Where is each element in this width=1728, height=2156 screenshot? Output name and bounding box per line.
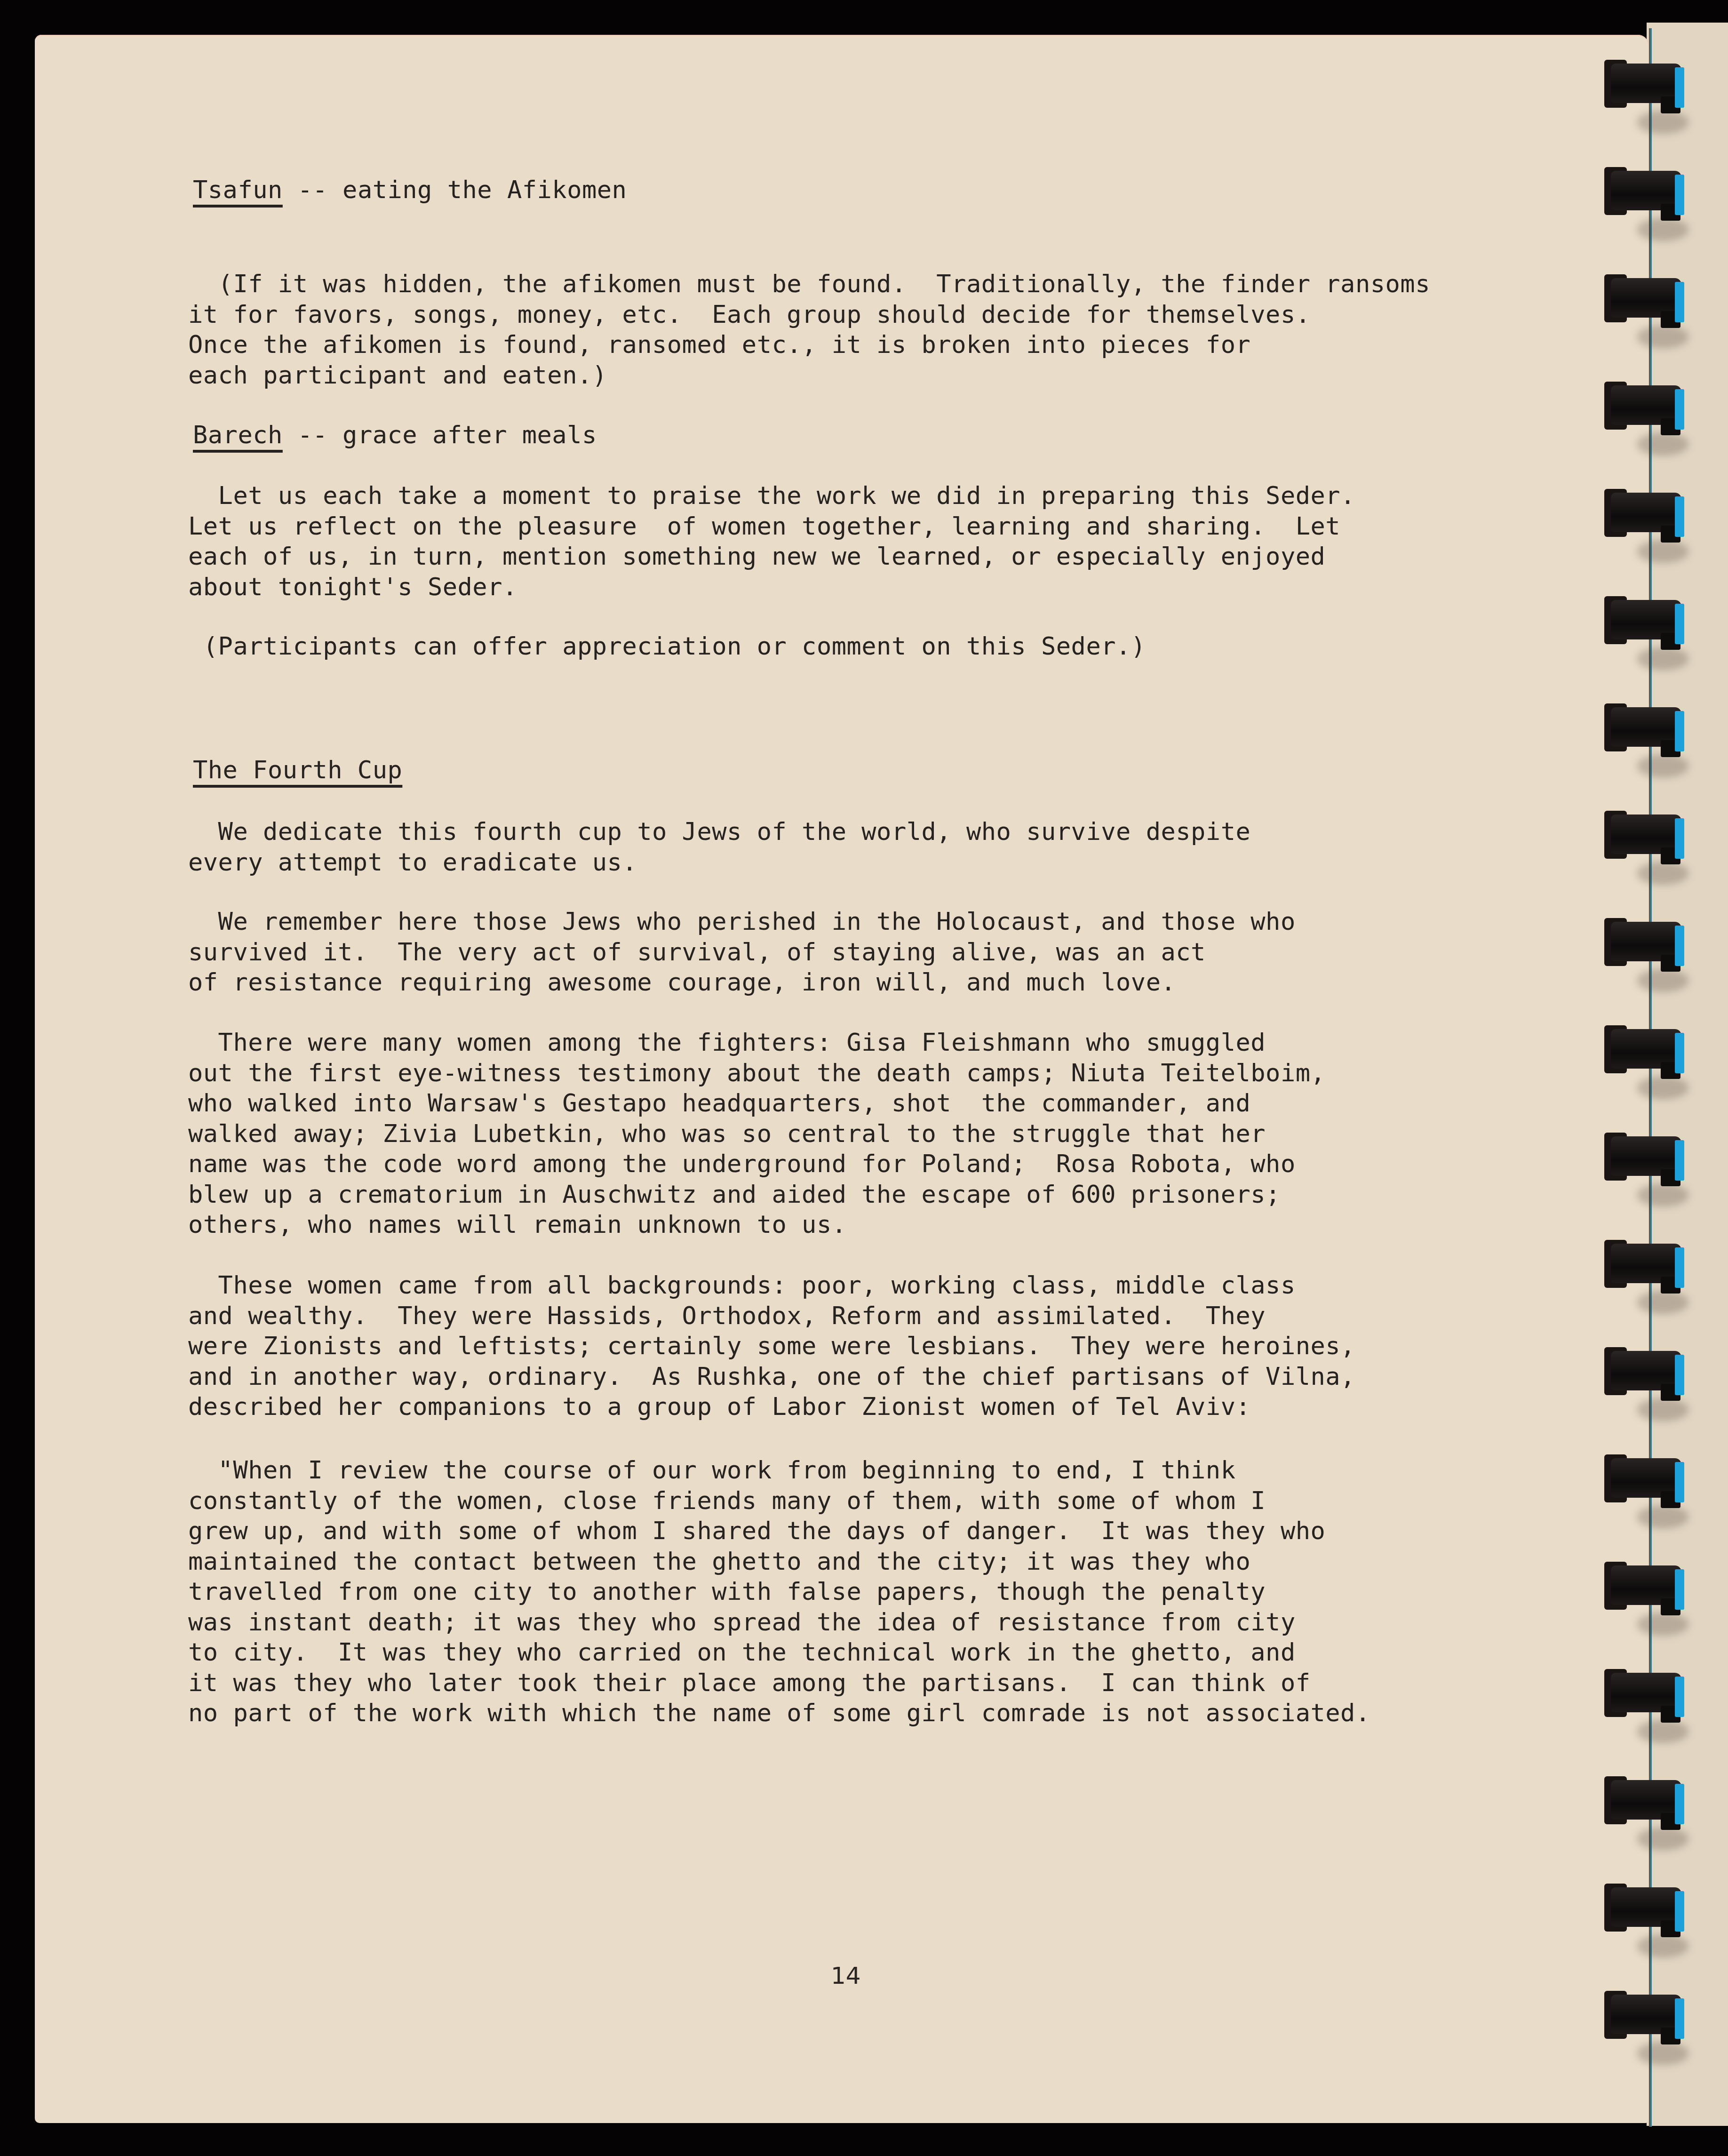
section-heading: The Fourth Cup <box>193 755 1463 786</box>
text-line: Let us reflect on the pleasure of women … <box>188 511 1458 542</box>
binding-ring <box>1604 64 1680 111</box>
text-line: blew up a crematorium in Auschwitz and a… <box>188 1180 1458 1210</box>
text-line: Once the afikomen is found, ransomed etc… <box>188 330 1458 360</box>
paragraph: We remember here those Jews who perished… <box>188 907 1458 998</box>
binding-ring <box>1604 600 1680 647</box>
text-line: survived it. The very act of survival, o… <box>188 937 1458 968</box>
binding-ring <box>1604 922 1680 969</box>
text-line: of resistance requiring awesome courage,… <box>188 967 1458 998</box>
section-heading: Barech -- grace after meals <box>193 420 1463 451</box>
text-line: and wealthy. They were Hassids, Orthodox… <box>188 1301 1458 1332</box>
binding-ring <box>1604 1029 1680 1076</box>
binding-ring <box>1604 1351 1680 1398</box>
paragraph: "When I review the course of our work fr… <box>188 1455 1458 1729</box>
text-line: "When I review the course of our work fr… <box>188 1455 1458 1486</box>
binding-ring <box>1604 493 1680 540</box>
text-line: These women came from all backgrounds: p… <box>188 1270 1458 1301</box>
paragraph: We dedicate this fourth cup to Jews of t… <box>188 817 1458 878</box>
text-line: no part of the work with which the name … <box>188 1698 1458 1729</box>
text-line: about tonight's Seder. <box>188 572 1458 603</box>
binding-ring <box>1604 1673 1680 1720</box>
text-line: each of us, in turn, mention something n… <box>188 542 1458 572</box>
text-line: constantly of the women, close friends m… <box>188 1486 1458 1517</box>
text-line: who walked into Warsaw's Gestapo headqua… <box>188 1088 1458 1119</box>
binding-ring <box>1604 1995 1680 2042</box>
section-heading: Tsafun -- eating the Afikomen <box>193 175 1463 206</box>
text-line: Let us each take a moment to praise the … <box>188 481 1458 511</box>
text-line: was instant death; it was they who sprea… <box>188 1607 1458 1638</box>
text-line: maintained the contact between the ghett… <box>188 1547 1458 1577</box>
page-number: 14 <box>831 1962 861 1989</box>
binding-ring <box>1604 814 1680 862</box>
binding-ring <box>1604 385 1680 432</box>
text-line: were Zionists and leftists; certainly so… <box>188 1331 1458 1362</box>
text-line: described her companions to a group of L… <box>188 1392 1458 1422</box>
text-line: (Participants can offer appreciation or … <box>188 631 1458 662</box>
binding-ring <box>1604 1780 1680 1827</box>
paragraph: There were many women among the fighters… <box>188 1028 1458 1240</box>
text-line: others, who names will remain unknown to… <box>188 1210 1458 1240</box>
paragraph: (If it was hidden, the afikomen must be … <box>188 269 1458 391</box>
text-line: each participant and eaten.) <box>188 360 1458 391</box>
text-line: it was they who later took their place a… <box>188 1668 1458 1699</box>
text-line: it for favors, songs, money, etc. Each g… <box>188 300 1458 330</box>
text-line: walked away; Zivia Lubetkin, who was so … <box>188 1119 1458 1150</box>
paragraph: These women came from all backgrounds: p… <box>188 1270 1458 1422</box>
text-line: We dedicate this fourth cup to Jews of t… <box>188 817 1458 847</box>
text-line: There were many women among the fighters… <box>188 1028 1458 1058</box>
paragraph: (Participants can offer appreciation or … <box>188 631 1458 662</box>
binding-ring <box>1604 171 1680 218</box>
binding-ring <box>1604 1136 1680 1183</box>
paragraph: Let us each take a moment to praise the … <box>188 481 1458 602</box>
text-line: grew up, and with some of whom I shared … <box>188 1516 1458 1547</box>
text-line: name was the code word among the undergr… <box>188 1149 1458 1180</box>
binding-ring <box>1604 1887 1680 1934</box>
binding-ring <box>1604 278 1680 325</box>
text-line: every attempt to eradicate us. <box>188 847 1458 878</box>
text-line: travelled from one city to another with … <box>188 1577 1458 1607</box>
binding-ring <box>1604 1244 1680 1291</box>
text-line: We remember here those Jews who perished… <box>188 907 1458 937</box>
binding-ring <box>1604 707 1680 754</box>
text-line: to city. It was they who carried on the … <box>188 1637 1458 1668</box>
binding-ring <box>1604 1565 1680 1613</box>
text-line: (If it was hidden, the afikomen must be … <box>188 269 1458 300</box>
text-line: and in another way, ordinary. As Rushka,… <box>188 1362 1458 1392</box>
binding-ring <box>1604 1458 1680 1505</box>
text-line: out the first eye-witness testimony abou… <box>188 1058 1458 1089</box>
